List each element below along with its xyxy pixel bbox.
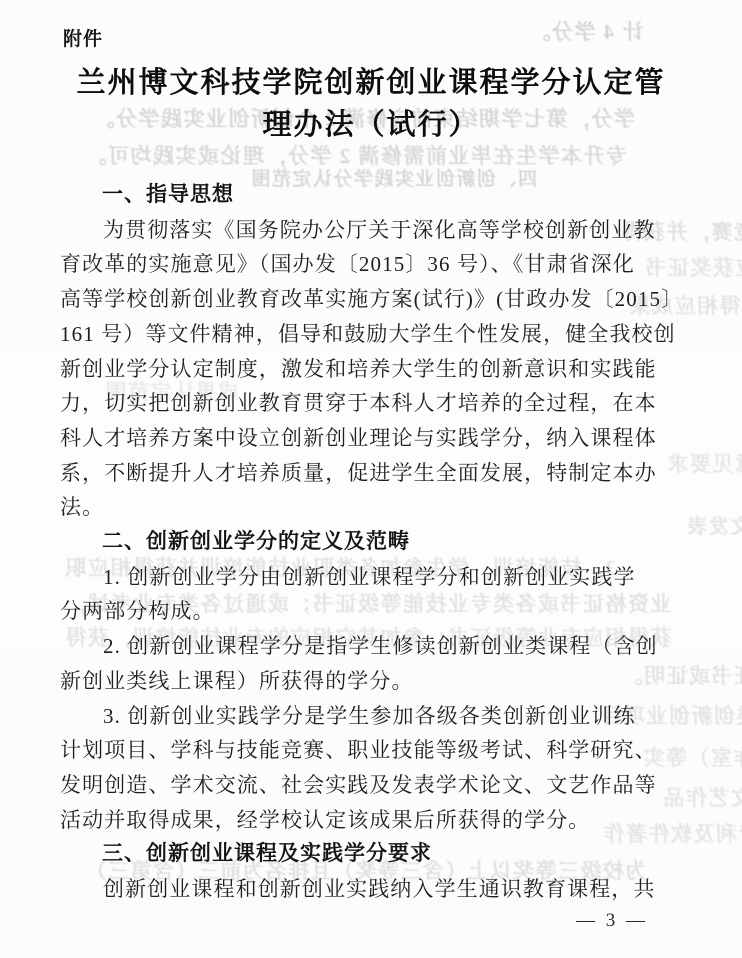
bleedthrough-line: 计 4 学分。 <box>528 16 644 46</box>
section-heading: 一、指导思想 <box>60 178 682 213</box>
body-line: 高等学校创新创业教育改革实施方案(试行)》(甘政办发〔2015〕 <box>60 282 682 317</box>
body-line: 系，不断提升人才培养质量，促进学生全面发展，特制定本办 <box>60 456 682 491</box>
page-number: — 3 — <box>576 910 648 932</box>
body-line: 分两部分构成。 <box>60 594 682 629</box>
body-line: 创新创业课程和创新创业实践纳入学生通识教育课程，共 <box>60 872 682 907</box>
title-line-1: 兰州博文科技学院创新创业课程学分认定管 <box>30 62 712 104</box>
body-line: 3. 创新创业实践学分是学生参加各级各类创新创业训练 <box>60 699 682 734</box>
body-line: 法。 <box>60 490 682 525</box>
body-line: 1. 创新创业学分由创新创业课程学分和创新创业实践学 <box>60 560 682 595</box>
bleedthrough-line: 论文发表 <box>686 510 742 539</box>
body-line: 发明创造、学术交流、社会实践及发表学术论文、文艺作品等 <box>60 768 682 803</box>
body-line: 育改革的实施意见》（国办发〔2015〕36 号）、《甘肃省深化 <box>60 247 682 282</box>
body-line: 计划项目、学科与技能竞赛、职业技能等级考试、科学研究、 <box>60 733 682 768</box>
body-line: 新创业学分认定制度，激发和培养大学生的创新意识和实践能 <box>60 352 682 387</box>
document-title: 兰州博文科技学院创新创业课程学分认定管 理办法（试行） <box>30 62 712 146</box>
body-line: 为贯彻落实《国务院办公厅关于深化高等学校创新创业教 <box>60 213 682 248</box>
title-line-2: 理办法（试行） <box>30 104 712 146</box>
body-line: 161 号）等文件精神，倡导和鼓励大学生个性发展，健全我校创 <box>60 317 682 352</box>
body-line: 新创业类线上课程）所获得的学分。 <box>60 664 682 699</box>
section-heading: 二、创新创业学分的定义及范畴 <box>60 525 682 560</box>
body-line: 2. 创新创业课程学分是指学生修读创新创业类课程（含创 <box>60 629 682 664</box>
document-body: 一、指导思想为贯彻落实《国务院办公厅关于深化高等学校创新创业教育改革的实施意见》… <box>60 178 682 907</box>
attachment-label: 附件 <box>63 24 103 51</box>
section-heading: 三、创新创业课程及实践学分要求 <box>60 837 682 872</box>
body-line: 活动并取得成果，经学校认定该成果后所获得的学分。 <box>60 803 682 838</box>
body-line: 科人才培养方案中设立创新创业理论与实践学分，纳入课程体 <box>60 421 682 456</box>
body-line: 力，切实把创新创业教育贯穿于本科人才培养的全过程，在本 <box>60 386 682 421</box>
scanned-document-page: 计 4 学分。学分，第七学期结束前应修满 2 个创新创业实践学分。专升本学生在毕… <box>0 0 742 958</box>
